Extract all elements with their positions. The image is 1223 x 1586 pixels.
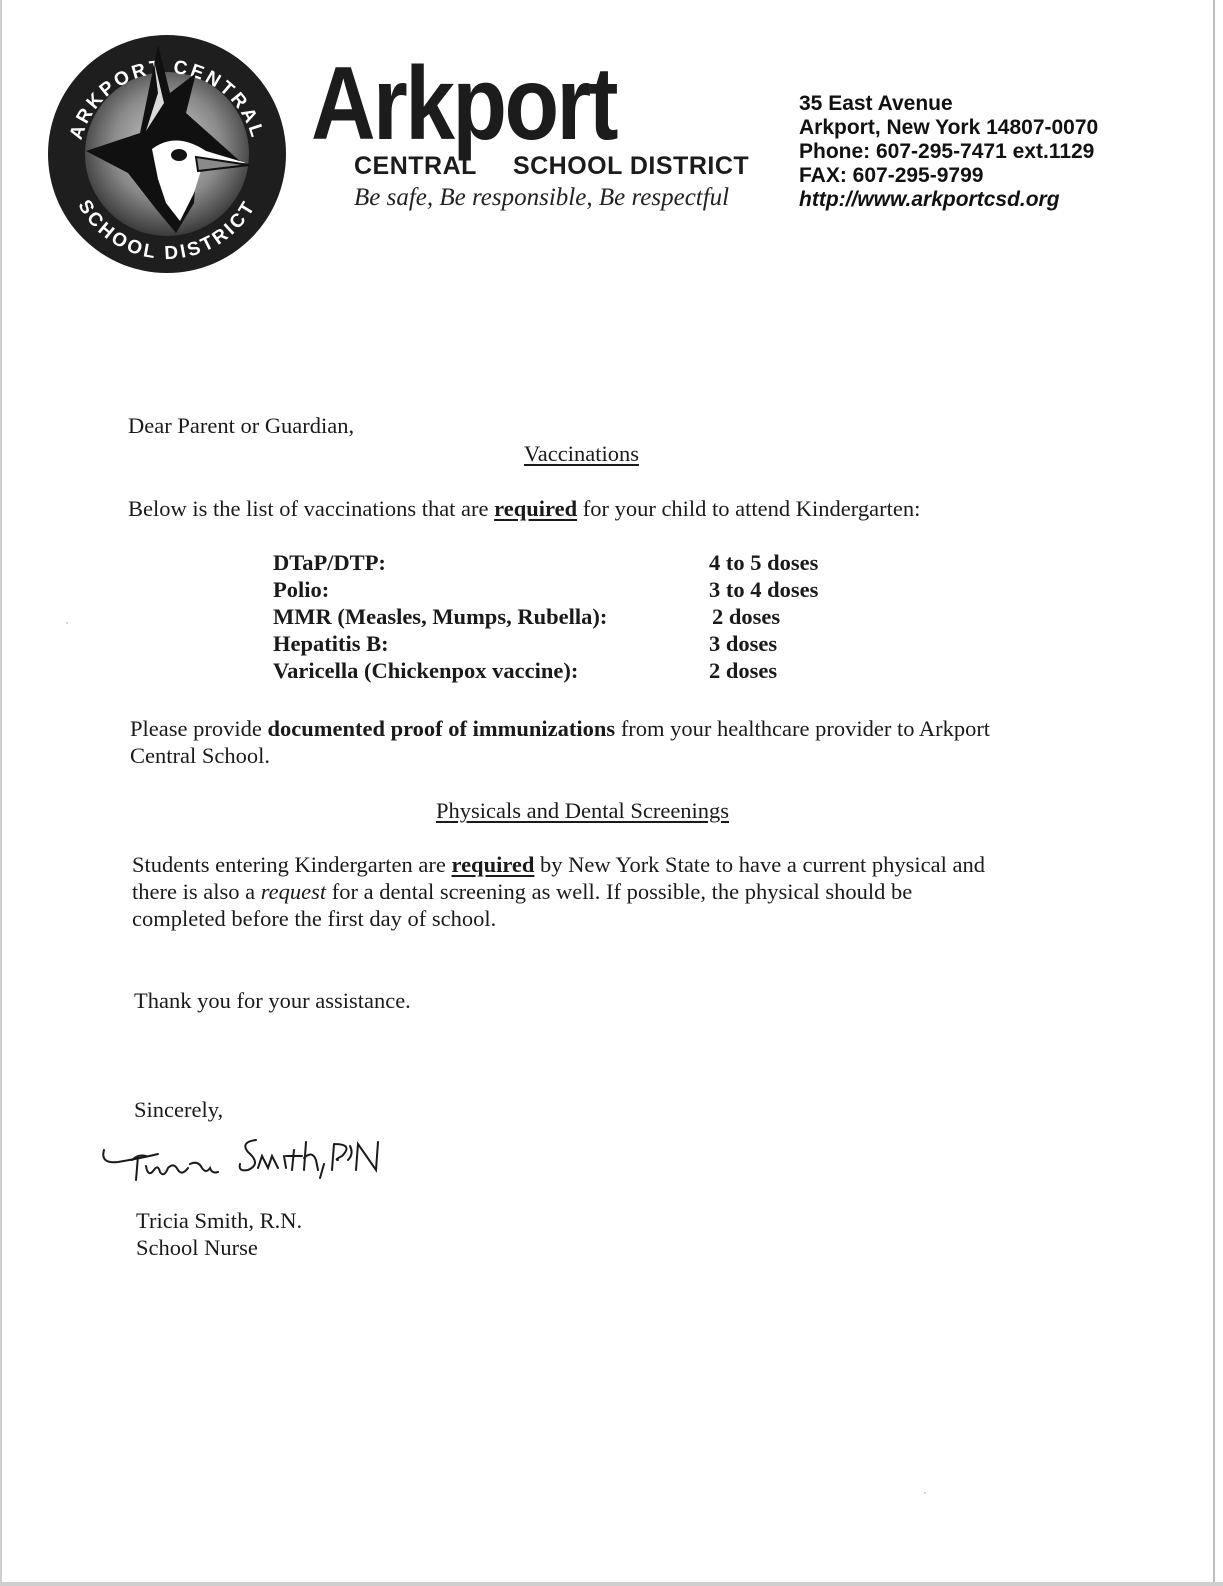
letter-page: ARKPORT CENTRAL SCHOOL DISTRICT Arkport … [2, 0, 1215, 1582]
signer-name: Tricia Smith, R.N. [136, 1207, 302, 1234]
physicals-text-end: by New York State to have a current phys… [534, 852, 985, 877]
address-street: 35 East Avenue [799, 92, 1098, 116]
intro-text: Below is the list of vaccinations that a… [128, 496, 494, 521]
scan-speck [924, 1492, 926, 1494]
vaccine-doses: 4 to 5 doses [709, 550, 818, 576]
district-subtitle: CENTRALSCHOOL DISTRICT [354, 152, 749, 181]
proof-paragraph-line2: Central School. [130, 742, 270, 769]
proof-text: Please provide [130, 716, 267, 741]
signer-title: School Nurse [136, 1234, 258, 1261]
salutation: Dear Parent or Guardian, [128, 412, 354, 439]
vaccine-name: MMR (Measles, Mumps, Rubella): [273, 604, 607, 630]
physicals-text: Students entering Kindergarten are [132, 852, 451, 877]
vaccine-name: Varicella (Chickenpox vaccine): [273, 658, 578, 684]
intro-text-end: for your child to attend Kindergarten: [577, 496, 920, 521]
physicals-line2: there is also a request for a dental scr… [132, 878, 912, 905]
section-heading-vaccinations: Vaccinations [524, 440, 639, 467]
section-heading-physicals: Physicals and Dental Screenings [436, 797, 729, 824]
physicals-line3: completed before the first day of school… [132, 905, 496, 932]
district-wordmark: Arkport [311, 52, 616, 156]
thank-you-line: Thank you for your assistance. [134, 987, 411, 1014]
physicals-italic: request [261, 879, 326, 904]
vaccine-doses: 2 doses [712, 604, 780, 630]
district-logo: ARKPORT CENTRAL SCHOOL DISTRICT [46, 33, 288, 275]
district-subtitle-right: SCHOOL DISTRICT [513, 152, 749, 180]
vaccine-doses: 2 doses [709, 658, 777, 684]
proof-text-end: from your healthcare provider to Arkport [615, 716, 990, 741]
handwritten-signature: Tricia Smith, RN [98, 1130, 428, 1200]
physicals-line1: Students entering Kindergarten are requi… [132, 851, 985, 878]
scan-speck [66, 622, 68, 624]
district-motto: Be safe, Be responsible, Be respectful [354, 184, 729, 212]
vaccine-name: Polio: [273, 577, 329, 603]
phone-number: Phone: 607-295-7471 ext.1129 [799, 140, 1098, 164]
proof-emphasis: documented proof of immunizations [267, 716, 615, 741]
vaccine-doses: 3 to 4 doses [709, 577, 818, 603]
fax-number: FAX: 607-295-9799 [799, 164, 1098, 188]
closing: Sincerely, [134, 1096, 223, 1123]
page-edge [1213, 0, 1223, 1582]
physicals-emphasis: required [451, 852, 534, 877]
proof-paragraph-line1: Please provide documented proof of immun… [130, 715, 990, 742]
website-link[interactable]: http://www.arkportcsd.org [799, 188, 1098, 212]
physicals-text: there is also a [132, 879, 261, 904]
intro-paragraph: Below is the list of vaccinations that a… [128, 495, 920, 522]
vaccine-name: DTaP/DTP: [273, 550, 386, 576]
contact-block: 35 East Avenue Arkport, New York 14807-0… [799, 92, 1098, 212]
district-subtitle-left: CENTRAL [354, 152, 477, 180]
vaccine-name: Hepatitis B: [273, 631, 389, 657]
intro-emphasis: required [494, 496, 577, 521]
physicals-text-end: for a dental screening as well. If possi… [326, 879, 912, 904]
vaccine-doses: 3 doses [709, 631, 777, 657]
address-city: Arkport, New York 14807-0070 [799, 116, 1098, 140]
signature-text: Tricia Smith, RN [98, 1130, 105, 1131]
